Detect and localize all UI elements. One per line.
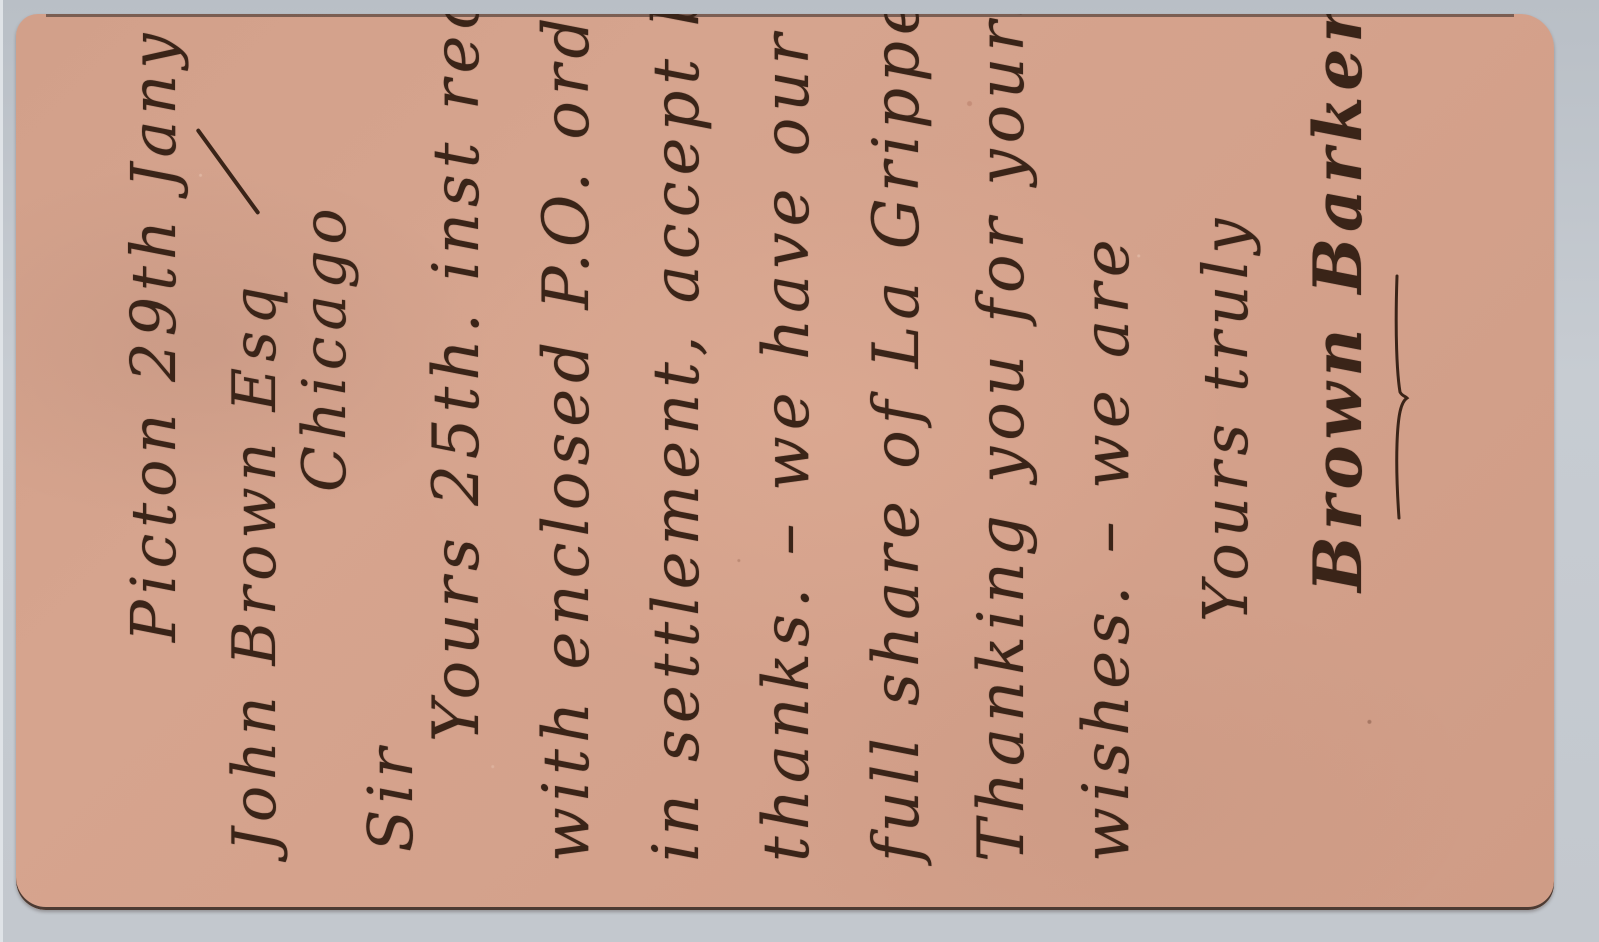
postcard: Picton 29th Jany 1890. John Brown Esq Ch… (16, 14, 1554, 910)
addressee: John Brown Esq (225, 281, 285, 853)
scan-edge (0, 0, 3, 942)
handwritten-letter: Picton 29th Jany 1890. John Brown Esq Ch… (65, 32, 1505, 892)
signature: Brown Barker (1305, 14, 1371, 592)
addressee-city: Chicago (295, 202, 355, 492)
closing: Yours truly (1195, 213, 1257, 622)
body-line: thanks. – we have our (755, 28, 819, 862)
body-line: in settlement, accept best (645, 14, 709, 862)
salutation: Sir (360, 742, 422, 852)
body-line: Thanking you for yours well (970, 14, 1034, 862)
body-line: Yours 25th. inst rec'd (425, 14, 489, 742)
card-edge-shadow (46, 14, 1514, 17)
scan-background: Picton 29th Jany 1890. John Brown Esq Ch… (0, 0, 1599, 942)
body-line: with enclosed P.O. order (535, 14, 599, 862)
body-line: wishes. – we are (1075, 233, 1139, 862)
body-line: full share of La Grippe! – (865, 14, 929, 862)
dateline: Picton 29th Jany 1890. (123, 14, 185, 642)
